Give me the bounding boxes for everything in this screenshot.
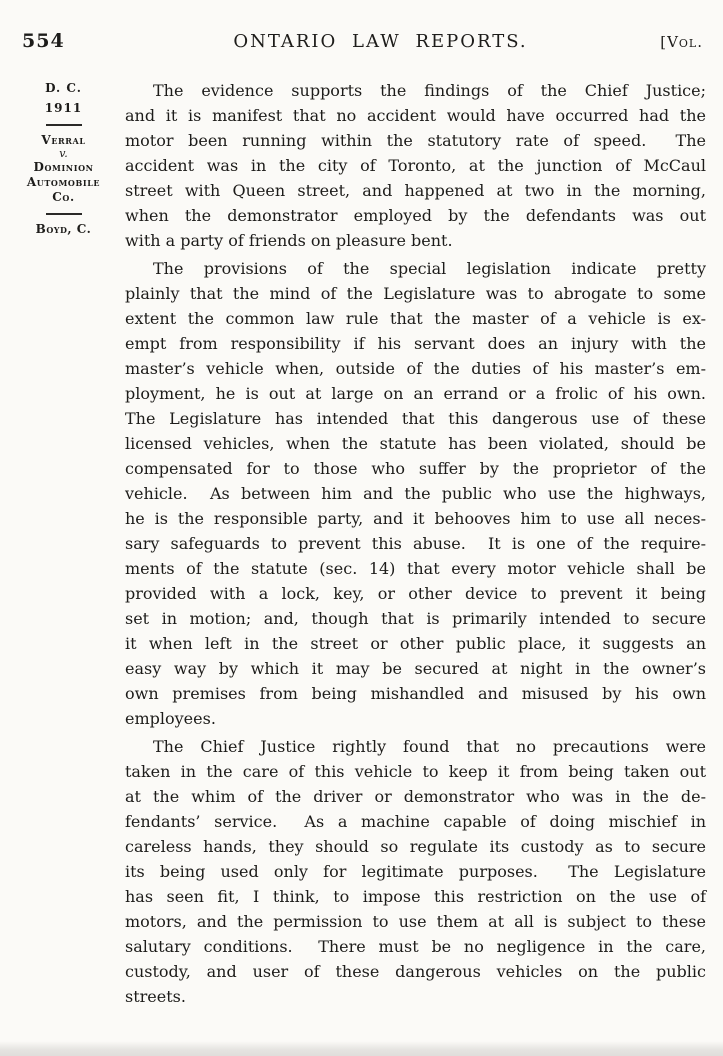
text-line: salutary conditions. There must be no ne… (125, 934, 706, 959)
text-line: ments of the statute (sec. 14) that ever… (125, 556, 706, 581)
text-line: The provisions of the special legislatio… (125, 256, 706, 281)
judgment-text: The evidence supports the findings of th… (115, 78, 706, 1012)
judgment-paragraph: The provisions of the special legislatio… (125, 256, 706, 731)
text-line: with a party of friends on pleasure bent… (125, 228, 706, 253)
text-line: The Chief Justice rightly found that no … (125, 734, 706, 759)
text-line: accident was in the city of Toronto, at … (125, 153, 706, 178)
text-line: sary safeguards to prevent this abuse. I… (125, 531, 706, 556)
text-line: The evidence supports the findings of th… (125, 78, 706, 103)
case-defendant-line1: Dominion (12, 160, 115, 175)
text-line: careless hands, they should so regulate … (125, 834, 706, 859)
text-line: it when left in the street or other publ… (125, 631, 706, 656)
case-plaintiff: Verral (12, 133, 115, 148)
case-defendant-line3: Co. (12, 190, 115, 205)
text-line: empt from responsibility if his servant … (125, 331, 706, 356)
text-line: The Legislature has intended that this d… (125, 406, 706, 431)
judgment-paragraph: The Chief Justice rightly found that no … (125, 734, 706, 1009)
page-title: ONTARIO LAW REPORTS. (120, 31, 641, 52)
text-line: set in motion; and, though that is prima… (125, 606, 706, 631)
page-number: 554 (22, 30, 102, 52)
judgment-paragraph: The evidence supports the findings of th… (125, 78, 706, 253)
text-line: provided with a lock, key, or other devi… (125, 581, 706, 606)
text-line: employees. (125, 706, 706, 731)
page-content: D. C. 1911 Verral v. Dominion Automobile… (12, 78, 706, 1012)
text-line: he is the responsible party, and it beho… (125, 506, 706, 531)
text-line: plainly that the mind of the Legislature… (125, 281, 706, 306)
scan-shadow (0, 1041, 723, 1056)
text-line: motor been running within the statutory … (125, 128, 706, 153)
case-defendant-line2: Automobile (12, 175, 115, 190)
text-line: and it is manifest that no accident woul… (125, 103, 706, 128)
court-label: D. C. (12, 81, 115, 96)
law-report-page: 554 ONTARIO LAW REPORTS. [Vol. D. C. 191… (0, 0, 723, 1056)
text-line: own premises from being mishandled and m… (125, 681, 706, 706)
margin-notes: D. C. 1911 Verral v. Dominion Automobile… (12, 78, 115, 1012)
text-line: compensated for to those who suffer by t… (125, 456, 706, 481)
margin-divider (46, 213, 82, 215)
versus-label: v. (12, 148, 115, 160)
text-line: master’s vehicle when, outside of the du… (125, 356, 706, 381)
text-line: licensed vehicles, when the statute has … (125, 431, 706, 456)
text-line: when the demonstrator employed by the de… (125, 203, 706, 228)
text-line: extent the common law rule that the mast… (125, 306, 706, 331)
margin-divider (46, 124, 82, 126)
text-line: at the whim of the driver or demonstrato… (125, 784, 706, 809)
case-year: 1911 (12, 101, 115, 116)
text-line: its being used only for legitimate purpo… (125, 859, 706, 884)
text-line: easy way by which it may be secured at n… (125, 656, 706, 681)
text-line: custody, and user of these dangerous veh… (125, 959, 706, 984)
text-line: has seen fit, I think, to impose this re… (125, 884, 706, 909)
running-head: 554 ONTARIO LAW REPORTS. [Vol. (22, 30, 703, 52)
text-line: street with Queen street, and happened a… (125, 178, 706, 203)
judge-name: Boyd, C. (12, 222, 115, 237)
text-line: fendants’ service. As a machine capable … (125, 809, 706, 834)
text-line: taken in the care of this vehicle to kee… (125, 759, 706, 784)
text-line: vehicle. As between him and the public w… (125, 481, 706, 506)
text-line: motors, and the permission to use them a… (125, 909, 706, 934)
text-line: ployment, he is out at large on an erran… (125, 381, 706, 406)
text-line: streets. (125, 984, 706, 1009)
